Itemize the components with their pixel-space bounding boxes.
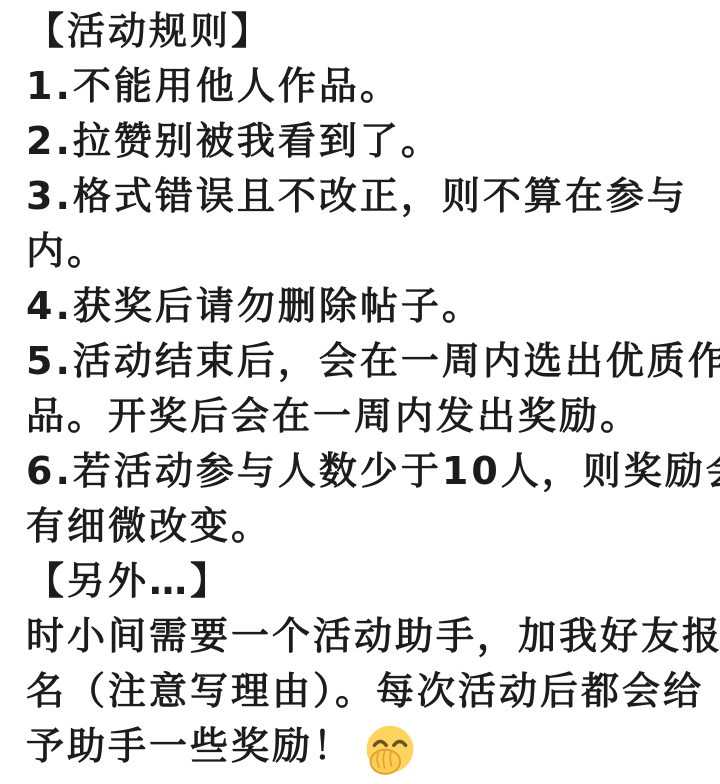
heading-text: 【活动规则】 [26,4,272,59]
rule-line-6: 6.若活动参与人数少于10人，则奖励会 [26,444,706,499]
section-heading-extra: 【另外…】 [26,554,706,609]
extra-line-1: 时小间需要一个活动助手，加我好友报 [26,609,706,664]
extra-line-3: 予助手一些奖励！ [26,719,706,774]
rule-text: 3.格式错误且不改正，则不算在参与 [26,169,688,224]
rule-text: 2.拉赞别被我看到了。 [26,114,442,169]
rule-line-5-continued: 品。开奖后会在一周内发出奖励。 [26,389,706,444]
rule-text: 4.获奖后请勿删除帖子。 [26,279,483,334]
rule-text: 内。 [26,224,108,279]
rule-line-1: 1.不能用他人作品。 [26,59,706,114]
rule-line-5: 5.活动结束后，会在一周内选出优质作 [26,334,706,389]
rule-line-6-continued: 有细微改变。 [26,499,706,554]
rule-text: 1.不能用他人作品。 [26,59,401,114]
rule-line-3: 3.格式错误且不改正，则不算在参与 [26,169,706,224]
extra-text: 时小间需要一个活动助手，加我好友报 [26,609,720,664]
rule-line-3-continued: 内。 [26,224,706,279]
rules-poster: 【活动规则】 1.不能用他人作品。 2.拉赞别被我看到了。 3.格式错误且不改正… [0,0,720,784]
section-heading-rules: 【活动规则】 [26,4,706,59]
rule-text: 6.若活动参与人数少于10人，则奖励会 [26,444,720,499]
yawning-face-emoji [362,722,418,778]
rule-line-2: 2.拉赞别被我看到了。 [26,114,706,169]
rule-text: 5.活动结束后，会在一周内选出优质作 [26,334,720,389]
extra-text: 予助手一些奖励！ [26,719,354,774]
extra-text: 名（注意写理由）。每次活动后都会给 [26,664,704,719]
rule-text: 有细微改变。 [26,499,272,554]
rule-text: 品。开奖后会在一周内发出奖励。 [26,389,641,444]
extra-line-2: 名（注意写理由）。每次活动后都会给 [26,664,706,719]
rule-line-4: 4.获奖后请勿删除帖子。 [26,279,706,334]
heading-text: 【另外…】 [26,554,231,609]
